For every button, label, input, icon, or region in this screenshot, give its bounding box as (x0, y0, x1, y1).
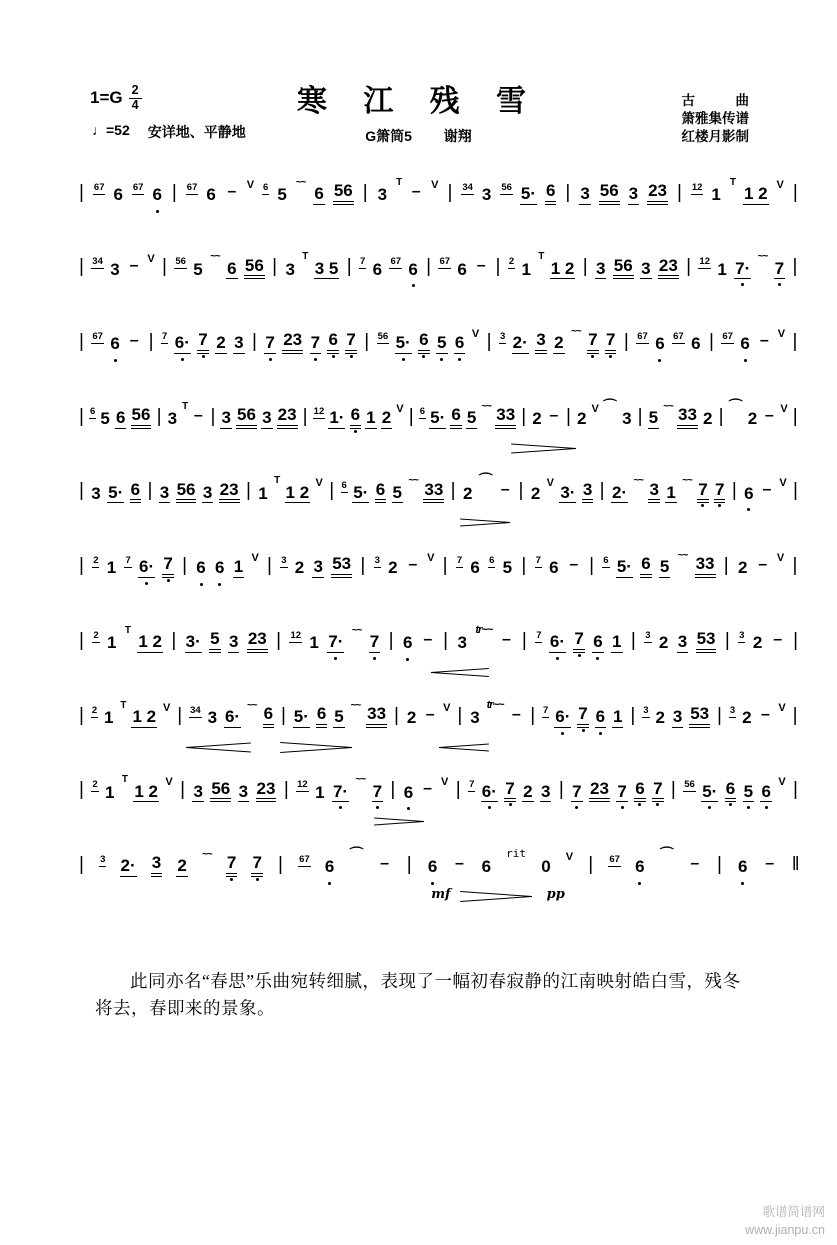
barline: | (162, 256, 167, 278)
breath-mark: V (778, 702, 785, 714)
note: 6 (743, 485, 754, 504)
barline: | (79, 779, 84, 801)
note: 7 (197, 331, 208, 354)
ornament: T (120, 700, 125, 711)
breath-mark: V (780, 403, 787, 415)
ornament: ~~ (408, 475, 418, 486)
barline: | (588, 854, 593, 876)
note: 6· (554, 708, 571, 728)
grace-note: 7 (359, 256, 366, 269)
note: 6 (205, 186, 216, 205)
ornament: T (396, 177, 401, 188)
music-line: |2176·7|661V|32353|32–V|7665|76–|65·65~~… (78, 539, 799, 606)
barline: | (364, 331, 369, 353)
duration-dash: – (452, 855, 466, 873)
grace-note: 3 (644, 630, 651, 643)
music-line: |676676|676–V65~~656|3T–V|343565·6|35632… (78, 166, 799, 233)
barline: | (686, 256, 691, 278)
breath-mark: V (778, 776, 785, 788)
barline: | (409, 406, 414, 428)
note: 6 (112, 186, 123, 205)
note: 6 (195, 559, 206, 578)
note: 5 (99, 410, 110, 429)
note: 56 (131, 406, 152, 429)
note: 6 (427, 858, 438, 877)
note: 3 (220, 409, 231, 429)
music-line: |35·6|356323|1T1 2V|65·65~~33|2⌒–|2V3·3|… (78, 465, 799, 532)
barline: | (732, 480, 737, 502)
music-line: |32·32~~77|676⌒–|6–6rit0V|676⌒–|6–‖mfpp (78, 838, 799, 905)
note: 1 (365, 409, 376, 429)
barline: | (276, 630, 281, 652)
note: 6 (115, 409, 126, 429)
barline: | (792, 256, 797, 278)
grace-note: 7 (535, 630, 542, 643)
duration-dash: – (127, 257, 141, 275)
barline: | (630, 705, 635, 727)
duration-dash: – (771, 631, 785, 649)
note: 6 (454, 334, 465, 354)
note: 3· (559, 484, 576, 504)
note: 6 (151, 186, 162, 205)
grace-note: 67 (389, 256, 402, 269)
breath-mark: V (472, 328, 479, 340)
duration-dash: – (421, 780, 435, 798)
note: 7 (345, 331, 356, 354)
note: 6 (690, 335, 701, 354)
duration-dash: – (509, 706, 523, 724)
breath-mark: V (777, 552, 784, 564)
duration-dash: – (760, 481, 774, 499)
note: 3 (192, 783, 203, 803)
note: 23 (589, 780, 610, 803)
note: 2· (120, 857, 137, 877)
note: 6 (109, 335, 120, 354)
grace-note: 7 (124, 555, 131, 568)
note: 7· (734, 260, 751, 280)
watermark-site-url: www.jianpu.cn (745, 1222, 825, 1240)
note: 56 (176, 481, 197, 504)
barline: | (793, 182, 798, 204)
tie-mark: ⌒ (479, 470, 493, 490)
barline: | (443, 555, 448, 577)
note: 23 (658, 257, 679, 280)
note: 6 (634, 858, 645, 877)
note: 6 (407, 261, 418, 280)
credit-line: 古 曲 (682, 92, 750, 110)
barline: | (589, 555, 594, 577)
note: 23 (282, 331, 303, 354)
barline: | (519, 480, 524, 502)
barline: | (180, 779, 185, 801)
duration-dash: – (409, 183, 423, 201)
grace-note: 7 (468, 779, 475, 792)
note: 33 (495, 406, 516, 429)
barline: | (390, 779, 395, 801)
ornament: T (274, 475, 279, 486)
tie-mark: ⌒ (660, 844, 674, 864)
note: 7 (504, 780, 515, 803)
decrescendo-hairpin (511, 444, 576, 452)
barline: | (793, 480, 798, 502)
breath-mark: V (165, 776, 172, 788)
ornament: T (182, 401, 187, 412)
note: 6 (372, 261, 383, 280)
note: 2 (702, 410, 713, 429)
note: 6· (549, 633, 566, 653)
tie-mark: ⌒ (349, 844, 363, 864)
note: 53 (331, 555, 352, 578)
crescendo-hairpin (431, 668, 489, 676)
note: 5 (466, 409, 477, 429)
ornament: ~~ (351, 700, 361, 711)
decrescendo-hairpin (460, 892, 532, 900)
note: 3 (109, 261, 120, 280)
note: 7 (577, 705, 588, 728)
note: 6 (456, 261, 467, 280)
barline: | (79, 705, 84, 727)
grace-note: 12 (698, 256, 711, 269)
barline: | (793, 705, 798, 727)
ornament: T (302, 251, 307, 262)
barline: | (147, 480, 152, 502)
note: 6 (469, 559, 480, 578)
barline: | (725, 630, 730, 652)
note: 23 (277, 406, 298, 429)
barline: | (172, 182, 177, 204)
grace-note: 67 (93, 182, 106, 195)
grace-note: 3 (99, 854, 106, 867)
note: 6 (548, 559, 559, 578)
ornament: ~~ (202, 849, 212, 860)
note: 56 (210, 780, 231, 803)
note: 7 (697, 481, 708, 504)
note: 1 (104, 784, 115, 803)
note: 1 2 (550, 260, 576, 280)
barline: | (709, 331, 714, 353)
grace-note: 6 (262, 182, 269, 195)
grace-note: 3 (729, 705, 736, 718)
note: 1 (716, 261, 727, 280)
ornament: ~~ (481, 401, 491, 412)
note: 2 (737, 559, 748, 578)
decrescendo-hairpin (280, 743, 352, 751)
barline: | (624, 331, 629, 353)
score: |676676|676–V65~~656|3T–V|343565·6|35632… (78, 166, 799, 913)
note: 6 (313, 185, 324, 205)
grace-note: 7 (456, 555, 463, 568)
grace-note: 34 (91, 256, 104, 269)
final-barline: ‖ (792, 854, 798, 876)
note: 3 (207, 709, 218, 728)
note: 6 (263, 705, 274, 728)
duration-dash: – (567, 556, 581, 574)
note: 3 (233, 334, 244, 354)
note: 6 (316, 705, 327, 728)
breath-mark: V (396, 403, 403, 415)
note: 5 (659, 558, 670, 578)
duration-dash: – (756, 556, 770, 574)
note: 7 (652, 780, 663, 803)
barline: | (717, 705, 722, 727)
note: 6 (327, 331, 338, 354)
barline: | (284, 779, 289, 801)
duration-dash: – (127, 332, 141, 350)
duration-dash: – (500, 631, 514, 649)
crescendo-hairpin (186, 743, 251, 751)
grace-note: 67 (636, 331, 649, 344)
duration-dash: – (191, 407, 205, 425)
ornament: ~~ (352, 625, 362, 636)
note: 3· (185, 633, 202, 653)
note: 56 (236, 406, 257, 429)
barline: | (347, 256, 352, 278)
note: 2 (294, 559, 305, 578)
tie-mark: ⌒ (603, 396, 617, 416)
watermark-site-name: 歌谱简谱网 (745, 1204, 825, 1222)
note: 3 (621, 410, 632, 429)
barline: | (79, 406, 84, 428)
ornament: ~~ (210, 251, 220, 262)
grace-note: 12 (289, 630, 302, 643)
barline: | (281, 705, 286, 727)
grace-note: 67 (438, 256, 451, 269)
barline: | (272, 256, 277, 278)
note: 6 (545, 182, 556, 205)
note: 5· (520, 185, 537, 205)
breath-mark: V (777, 179, 784, 191)
grace-note: 12 (296, 779, 309, 792)
breath-mark: V (147, 253, 154, 265)
note: 5 (502, 559, 513, 578)
note: 3 (535, 331, 546, 354)
barline: | (496, 256, 501, 278)
grace-note: 6 (602, 555, 609, 568)
duration-dash: – (225, 183, 239, 201)
grace-note: 7 (161, 331, 168, 344)
breath-mark: V (251, 552, 258, 564)
barline: | (79, 854, 84, 876)
grace-note: 6 (341, 480, 348, 493)
grace-note: 6 (89, 406, 96, 419)
ornament: tr~~ (475, 624, 492, 636)
barline: | (177, 705, 182, 727)
performer-name: 谢翔 (444, 128, 472, 144)
duration-dash: – (762, 407, 776, 425)
breath-mark: V (427, 552, 434, 564)
grace-note: 7 (542, 705, 549, 718)
grace-note: 2 (92, 555, 99, 568)
note: 1 2 (137, 633, 163, 653)
note: 6 (324, 858, 335, 877)
note: 6 (725, 780, 736, 803)
instrument-label: G箫筒5 (365, 128, 412, 144)
note: 3 (151, 854, 162, 877)
ornament: ~~ (682, 475, 692, 486)
barline: | (719, 406, 724, 428)
note: 3 (628, 185, 639, 205)
note: 3 (481, 186, 492, 205)
note: 3 (202, 484, 213, 504)
barline: | (79, 182, 84, 204)
barline: | (671, 779, 676, 801)
note: 3 (228, 633, 239, 653)
note: 6 (640, 555, 651, 578)
note: 1 (257, 485, 268, 504)
note: 5· (616, 558, 633, 578)
note: 5 (276, 186, 287, 205)
note: 6· (481, 783, 498, 803)
barline: | (79, 630, 84, 652)
note: 1 2 (133, 783, 159, 803)
note: 1 (103, 709, 114, 728)
barline: | (246, 480, 251, 502)
note: 2 (530, 485, 541, 504)
note: 2· (512, 334, 529, 354)
grace-note: 56 (500, 182, 513, 195)
note: 7 (369, 633, 380, 653)
note: 7 (264, 334, 275, 354)
note: 6· (224, 708, 241, 728)
note: 7· (327, 633, 344, 653)
tie-mark: ⌒ (729, 396, 743, 416)
note: 6· (138, 558, 155, 578)
barline: | (456, 779, 461, 801)
grace-note: 3 (374, 555, 381, 568)
duration-dash: – (498, 481, 512, 499)
note: 1 (520, 261, 531, 280)
duration-dash: – (688, 855, 702, 873)
grace-note: 6 (419, 406, 426, 419)
note: 56 (613, 257, 634, 280)
barline: | (447, 182, 452, 204)
ornament: T (125, 625, 130, 636)
note: 1 2 (285, 484, 311, 504)
note: 1 (665, 484, 676, 504)
note: 56 (244, 257, 265, 280)
note: 5 (743, 783, 754, 803)
breath-mark: V (163, 702, 170, 714)
ornament: ~~ (758, 251, 768, 262)
barline: | (451, 480, 456, 502)
note: 3 (261, 409, 272, 429)
duration-dash: – (421, 631, 435, 649)
breath-mark: V (441, 776, 448, 788)
note: 23 (647, 182, 668, 205)
breath-mark: V (316, 477, 323, 489)
note: 7· (332, 783, 349, 803)
breath-mark: V (566, 851, 573, 863)
grace-note: 2 (91, 779, 98, 792)
note: 6 (760, 783, 771, 803)
duration-dash: – (547, 407, 561, 425)
note: 6 (418, 331, 429, 354)
note: 56 (333, 182, 354, 205)
note: 5· (395, 334, 412, 354)
note: 3 (540, 783, 551, 803)
barline: | (521, 406, 526, 428)
note: 1 (308, 634, 319, 653)
grace-note: 67 (608, 854, 621, 867)
grace-note: 12 (313, 406, 326, 419)
watermark: 歌谱简谱网 www.jianpu.cn (745, 1204, 825, 1239)
barline: | (278, 854, 283, 876)
grace-note: 12 (691, 182, 704, 195)
ornament: tr~~ (487, 699, 504, 711)
barline: | (389, 630, 394, 652)
barline: | (157, 406, 162, 428)
music-line: |21T1 2V|356323|1217·~~7|6–V|76·723|7237… (78, 764, 799, 831)
grace-note: 34 (461, 182, 474, 195)
note: 7 (251, 854, 262, 877)
note: 5 (209, 630, 220, 653)
note: 23 (219, 481, 240, 504)
duration-dash: – (757, 332, 771, 350)
note: 1 2 (743, 185, 769, 205)
note: 7 (573, 630, 584, 653)
breath-mark: V (778, 328, 785, 340)
dynamic-marking: mf (431, 887, 450, 902)
barline: | (792, 331, 797, 353)
barline: | (267, 555, 272, 577)
crescendo-hairpin (439, 743, 489, 751)
music-line: |21T1 2V|3436·~~6|5·65~~33|2–V|3tr~~–|76… (78, 689, 799, 756)
rest-note: 0 (540, 858, 551, 877)
note: 5· (107, 484, 124, 504)
grace-note: 2 (92, 630, 99, 643)
grace-note: 3 (738, 630, 745, 643)
barline: | (600, 480, 605, 502)
barline: | (521, 555, 526, 577)
music-line: |676–|76·723|723767|565·656V|32·32~~77|6… (78, 315, 799, 382)
footer-note: 此同亦名“春思”乐曲宛转细腻，表现了一幅初春寂静的江南映射皓白雪，残冬将去，春即… (95, 968, 757, 1022)
breath-mark: V (779, 477, 786, 489)
note: 2 (406, 709, 417, 728)
note: 3 5 (314, 260, 340, 280)
grace-note: 67 (672, 331, 685, 344)
barline: | (79, 480, 84, 502)
note: 7 (774, 260, 785, 280)
barline: | (522, 630, 527, 652)
note: 33 (677, 406, 698, 429)
note: 6 (375, 481, 386, 504)
barline: | (149, 331, 154, 353)
note: 5 (192, 261, 203, 280)
barline: | (360, 555, 365, 577)
barline: | (443, 630, 448, 652)
ornament: ~~ (296, 177, 306, 188)
note: 1 (612, 708, 623, 728)
barline: | (793, 630, 798, 652)
note: 56 (599, 182, 620, 205)
ornament: T (730, 177, 735, 188)
duration-dash: – (474, 257, 488, 275)
grace-note: 67 (132, 182, 145, 195)
note: 7 (587, 331, 598, 354)
barline: | (394, 705, 399, 727)
note: 1 (710, 186, 721, 205)
note: 2 (215, 334, 226, 354)
barline: | (363, 182, 368, 204)
note: 33 (695, 555, 716, 578)
note: 2 (747, 410, 758, 429)
note: 2 (658, 634, 669, 653)
note: 6 (595, 708, 606, 728)
note: 3 (640, 260, 651, 280)
barline: | (457, 705, 462, 727)
grace-note: 56 (683, 779, 696, 792)
note: 3 (312, 558, 323, 578)
